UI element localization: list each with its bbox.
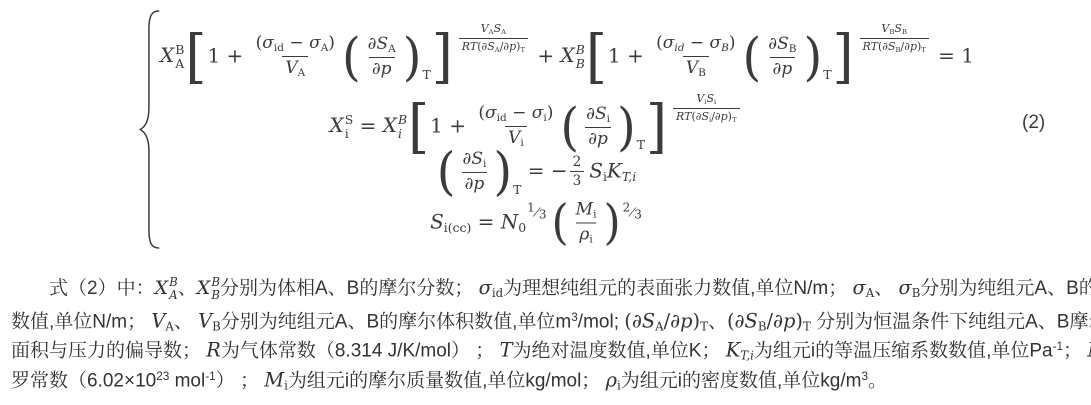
math-frac: ∂SB∂p — [765, 34, 799, 80]
math-mr: = — [471, 210, 500, 234]
math-txt: mol — [169, 370, 205, 391]
math-mi: ∂p — [372, 59, 392, 79]
math-mr: ) — [328, 33, 335, 53]
equation-block: XBA[1 + (σid − σA)VA(∂SA∂p)T]VASART(∂SA/… — [160, 0, 912, 262]
math-mi: ∂S — [696, 110, 709, 123]
math-mi: ∂p — [773, 59, 793, 79]
math-mi: ∂S — [882, 40, 895, 53]
math-sub: i — [520, 137, 523, 149]
math-sub: T — [700, 319, 708, 333]
math-sub: i — [589, 234, 592, 246]
math-sub: B — [789, 43, 797, 55]
math-txt: 罗常数（6.02×10 — [11, 370, 156, 391]
math-txt: 分别为纯组元A、B的摩尔体积数值,单位m — [221, 311, 571, 332]
math-sub: T — [422, 67, 430, 82]
math-mr: ( — [727, 309, 735, 332]
math-sub: A — [655, 319, 664, 333]
math-mi: σ — [479, 276, 492, 299]
paragraph-line-1: 式（2）中：XBA、XBB分别为体相A、B的摩尔分数； σid为理想纯组元的表面… — [11, 273, 1083, 303]
math-mi: V — [686, 58, 698, 78]
math-mr: ) — [729, 33, 736, 53]
math-sub: T,i — [740, 348, 754, 362]
math-mr: − — [507, 103, 532, 123]
math-frac: VBSBRT(∂SB/∂p)T — [860, 22, 929, 55]
math-txt: 为组元i的密度数值,单位kg/m — [621, 370, 862, 391]
math-mr: 1 + — [608, 43, 650, 67]
math-mi: S — [494, 22, 502, 35]
math-mi: ∂S — [368, 34, 388, 54]
math-mi: M — [576, 199, 593, 219]
math-mi: ∂S — [735, 309, 758, 332]
math-txt: 、 — [874, 278, 898, 299]
math-txt: 分别为恒温条件下纯组元A、B摩尔表 — [811, 311, 1091, 332]
math-mr: ) — [693, 309, 701, 332]
math-mi: ρ — [606, 368, 617, 391]
math-mi: V — [285, 58, 297, 78]
math-sub: A — [165, 319, 174, 333]
math-mr: ) — [547, 103, 554, 123]
math-mi: K — [607, 158, 622, 182]
math-mi: M — [264, 368, 284, 391]
document-page: XBA[1 + (σid − σA)VA(∂SA∂p)T]VASART(∂SA/… — [0, 0, 1091, 405]
math-sub: T — [803, 319, 811, 333]
math-mi: RT — [462, 40, 477, 53]
math-txt: 为组元i的等温压缩系数数值,单位Pa — [754, 340, 1053, 361]
math-mi: ∂p — [465, 174, 485, 194]
math-mr: + — [531, 43, 560, 67]
math-sub: T — [921, 46, 926, 54]
math-mr: = − — [521, 158, 567, 182]
math-mr: 1 + — [207, 43, 249, 67]
math-sub: id — [274, 42, 284, 54]
math-mi: σ — [899, 276, 912, 299]
math-mi: R — [206, 338, 221, 361]
math-frac: ∂Si∂p — [583, 104, 613, 150]
math-exp: ViSiRT(∂Si/∂p)T — [670, 92, 742, 125]
math-sub: T — [823, 67, 831, 82]
math-txt: 为组元i的摩尔质量数值,单位kg/mol； — [288, 370, 606, 391]
math-ss: XBi — [383, 113, 407, 137]
math-mi: V — [198, 309, 212, 332]
math-mi: ∂S — [482, 40, 495, 53]
math-mi: N — [501, 210, 519, 234]
math-mi: σ — [309, 33, 321, 53]
paragraph-line-2: 数值,单位N/m； VA、 VB分别为纯组元A、B的摩尔体积数值,单位m3/mo… — [11, 303, 1083, 333]
math-mr: ( — [656, 33, 663, 53]
math-sub: i — [593, 209, 596, 221]
math-mi: ∂S — [463, 149, 483, 169]
math-txt: 、 — [708, 311, 727, 332]
math-frac: ∂Si∂p — [460, 149, 490, 195]
math-sub: i(cc) — [444, 220, 472, 235]
math-mr: − — [284, 33, 309, 53]
math-sub: A — [388, 43, 396, 55]
math-sub: A — [866, 286, 875, 300]
math-mi: ρ — [579, 225, 589, 245]
math-txt: 、 — [178, 278, 197, 299]
math-sub: T — [732, 116, 737, 124]
math-ss: XBA — [160, 43, 184, 67]
math-mi: ∂p — [503, 40, 516, 53]
math-mi: ∂p — [670, 309, 692, 332]
paragraph-line-4: 罗常数（6.02×1023 mol-1） ； Mi为组元i的摩尔质量数值,单位k… — [11, 362, 1083, 392]
math-mi: ∂p — [588, 129, 608, 149]
math-txt: 为绝对温度数值,单位K； — [513, 340, 726, 361]
description-paragraph: 式（2）中：XBA、XBB分别为体相A、B的摩尔分数； σid为理想纯组元的表面… — [11, 273, 1083, 391]
math-exp: VBSBRT(∂SB/∂p)T — [857, 22, 932, 55]
math-mi: σ — [532, 103, 544, 123]
math-frac: ∂SA∂p — [365, 34, 399, 80]
math-txt: 数值,单位N/m； — [11, 311, 151, 332]
math-mr: ( — [478, 103, 485, 123]
math-txt: ； — [1063, 340, 1087, 361]
equation-line-3: (∂Si∂p)T = −23SiKT,i — [160, 149, 912, 197]
math-mi: ∂S — [632, 309, 655, 332]
math-mi: σ — [710, 33, 722, 53]
math-mi: σ — [485, 103, 497, 123]
math-sub: B — [902, 28, 907, 36]
math-frac: ViSiRT(∂Si/∂p)T — [673, 92, 739, 125]
equation-line-4: Si(cc) = N01⁄3(Miρi)2⁄3 — [160, 199, 912, 246]
math-frac: VASART(∂SA/∂p)T — [459, 22, 528, 55]
math-sub: T — [520, 46, 525, 54]
equation-line-1: XBA[1 + (σid − σA)VA(∂SA∂p)T]VASART(∂SA/… — [160, 22, 912, 82]
math-mi: σ — [262, 33, 274, 53]
math-sub: id — [492, 286, 503, 300]
math-txt: 分别为纯组元A、B的表面张力 — [920, 278, 1091, 299]
math-sub: id — [674, 42, 684, 54]
math-mr: 2 — [573, 154, 582, 170]
math-sub: 0 — [518, 220, 526, 235]
math-mi: RT — [863, 40, 878, 53]
paragraph-line-3: 面积与压力的偏导数； R为气体常数（8.314 J/K/mol） ； T为绝对温… — [11, 332, 1083, 362]
math-sub: i — [714, 98, 716, 106]
math-frac: Miρi — [573, 199, 600, 246]
math-mi: T — [500, 338, 513, 361]
math-txt: 面积与压力的偏导数； — [11, 340, 206, 361]
math-sub: id — [497, 112, 507, 124]
math-mi: K — [726, 338, 740, 361]
math-mr: ) — [795, 309, 803, 332]
math-mr: 3 — [573, 173, 582, 189]
math-mi: σ — [853, 276, 866, 299]
math-sub: A — [298, 67, 306, 79]
math-ss: XSi — [329, 113, 353, 137]
equation-number: (2) — [1022, 112, 1045, 134]
math-mi: σ — [663, 33, 675, 53]
math-sup: -1 — [1053, 340, 1063, 353]
math-mi: N — [1087, 338, 1091, 361]
math-ss: XBA — [155, 278, 178, 299]
math-mi: RT — [676, 110, 691, 123]
math-sup: -1 — [205, 370, 215, 383]
math-frac: (σid − σB)VB — [653, 33, 738, 80]
math-mi: S — [430, 210, 444, 234]
math-mr: ( — [624, 309, 632, 332]
math-txt: ） ； — [216, 370, 265, 391]
math-mi: ∂p — [715, 110, 728, 123]
math-sub: T — [513, 182, 521, 197]
math-sub: i — [607, 113, 610, 125]
math-mi: ∂p — [904, 40, 917, 53]
math-sub: B — [212, 319, 221, 333]
math-txt: 式（2）中： — [49, 278, 155, 299]
math-mi: ∂S — [768, 34, 788, 54]
math-txt: 为理想纯组元的表面张力数值,单位N/m； — [503, 278, 852, 299]
math-mi: ∂S — [586, 104, 606, 124]
math-ss: XBB — [560, 43, 584, 67]
math-sub: T,i — [622, 169, 636, 184]
math-sfrac: 2⁄3 — [623, 200, 642, 221]
math-sup: 23 — [156, 370, 169, 383]
math-mi: S — [894, 22, 902, 35]
math-sub: B — [721, 42, 729, 54]
math-txt: 分别为体相A、B的摩尔分数； — [220, 278, 479, 299]
math-mr: − — [684, 33, 709, 53]
math-txt: 。 — [868, 370, 887, 391]
math-txt: 为气体常数（8.314 J/K/mol） ； — [221, 340, 500, 361]
math-ss: XBB — [197, 278, 220, 299]
math-sub: B — [698, 67, 706, 79]
math-frac: 23 — [570, 154, 585, 190]
math-mr: = — [353, 113, 382, 137]
math-mi: V — [481, 22, 489, 35]
math-frac: (σid − σi)Vi — [475, 103, 556, 150]
math-txt: 、 — [174, 311, 198, 332]
math-frac: (σid − σA)VA — [253, 33, 338, 80]
math-mr: = 1 — [932, 43, 974, 67]
equation-line-2: XSi = XBi[1 + (σid − σi)Vi(∂Si∂p)T]ViSiR… — [160, 92, 912, 152]
math-mi: S — [589, 158, 603, 182]
math-mr: 1 + — [430, 113, 472, 137]
math-sub: i — [483, 158, 486, 170]
math-sfrac: 1⁄3 — [527, 200, 546, 221]
math-mi: V — [151, 309, 165, 332]
math-mi: ∂p — [773, 309, 795, 332]
math-txt: /mol; — [578, 311, 624, 332]
math-sub: A — [501, 28, 506, 36]
math-exp: VASART(∂SA/∂p)T — [456, 22, 531, 55]
math-mi: S — [706, 92, 714, 105]
